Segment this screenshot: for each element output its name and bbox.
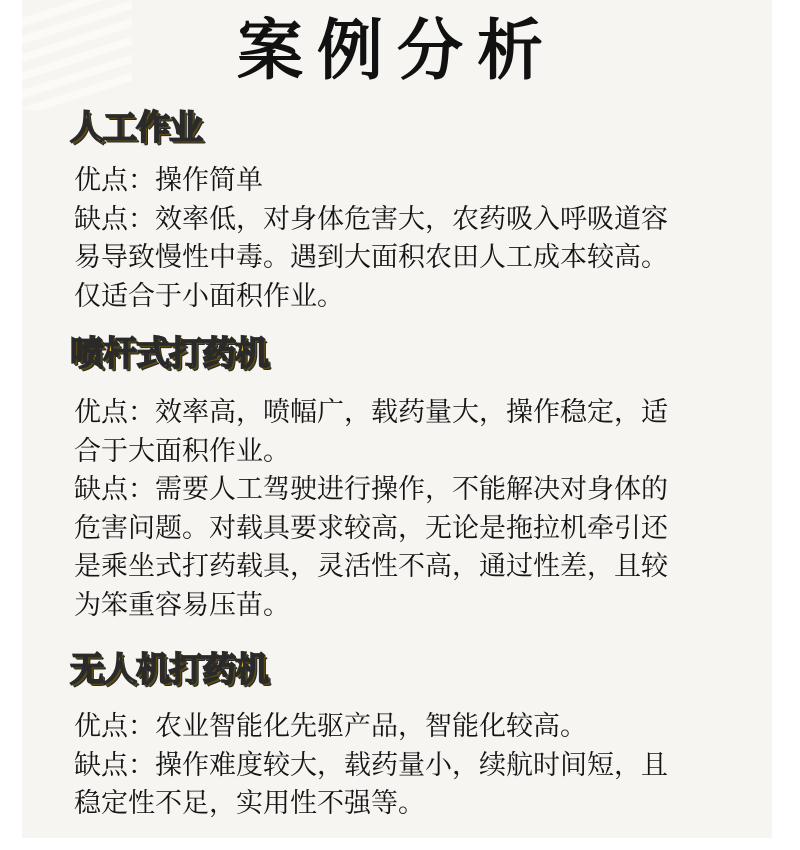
cons-line: 是乘坐式打药载具，灵活性不高，通过性差，且较: [74, 548, 754, 587]
content-panel: 案例分析 人工作业 优点：操作简单 缺点：效率低，对身体危害大，农药吸入呼吸道容…: [22, 0, 772, 838]
page-title: 案例分析: [22, 6, 772, 96]
cons-line: 稳定性不足，实用性不强等。: [74, 785, 754, 824]
cons-line: 仅适合于小面积作业。: [74, 278, 754, 317]
cons-line: 危害问题。对载具要求较高，无论是拖拉机牵引还: [74, 510, 754, 549]
section-heading-boom-sprayer: 喷杆式打药机: [70, 332, 268, 376]
cons-line: 缺点：需要人工驾驶进行操作，不能解决对身体的: [74, 471, 754, 510]
cons-line: 缺点：效率低，对身体危害大，农药吸入呼吸道容: [74, 201, 754, 240]
cons-line: 易导致慢性中毒。遇到大面积农田人工成本较高。: [74, 239, 754, 278]
pros-line: 优点：效率高，喷幅广，载药量大，操作稳定，适: [74, 394, 754, 433]
cons-line: 缺点：操作难度较大，载药量小，续航时间短，且: [74, 747, 754, 786]
section-body-drone-sprayer: 优点：农业智能化先驱产品，智能化较高。 缺点：操作难度较大，载药量小，续航时间短…: [74, 708, 754, 824]
pros-line: 优点：农业智能化先驱产品，智能化较高。: [74, 708, 754, 747]
section-body-boom-sprayer: 优点：效率高，喷幅广，载药量大，操作稳定，适 合于大面积作业。 缺点：需要人工驾…: [74, 394, 754, 625]
section-body-manual: 优点：操作简单 缺点：效率低，对身体危害大，农药吸入呼吸道容 易导致慢性中毒。遇…: [74, 162, 754, 316]
section-heading-manual: 人工作业: [70, 106, 202, 150]
pros-line: 合于大面积作业。: [74, 433, 754, 472]
section-heading-drone-sprayer: 无人机打药机: [70, 648, 268, 692]
pros-line: 优点：操作简单: [74, 162, 754, 201]
cons-line: 为笨重容易压苗。: [74, 587, 754, 626]
